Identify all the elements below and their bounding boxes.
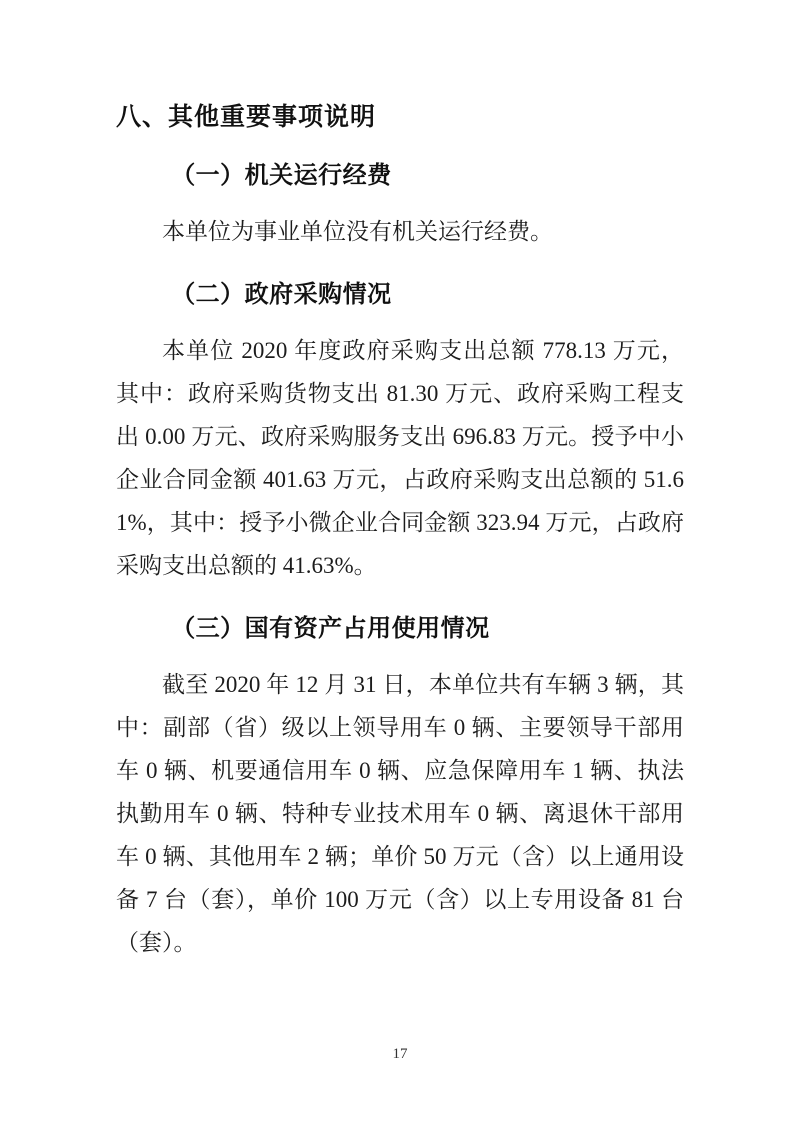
section-agency-operating-funds: （一）机关运行经费 本单位为事业单位没有机关运行经费。 (116, 158, 684, 253)
paragraph-state-owned-assets: 截至 2020 年 12 月 31 日，本单位共有车辆 3 辆，其中：副部（省）… (116, 663, 684, 964)
paragraph-government-procurement: 本单位 2020 年度政府采购支出总额 778.13 万元，其中：政府采购货物支… (116, 329, 684, 587)
page-number: 17 (0, 1044, 800, 1064)
document-page: 八、其他重要事项说明 （一）机关运行经费 本单位为事业单位没有机关运行经费。 （… (0, 0, 800, 1131)
section-title-government-procurement: （二）政府采购情况 (116, 277, 684, 313)
section-state-owned-assets: （三）国有资产占用使用情况 截至 2020 年 12 月 31 日，本单位共有车… (116, 611, 684, 964)
doc-heading: 八、其他重要事项说明 (116, 100, 684, 136)
section-title-agency-operating-funds: （一）机关运行经费 (116, 158, 684, 194)
section-government-procurement: （二）政府采购情况 本单位 2020 年度政府采购支出总额 778.13 万元，… (116, 277, 684, 587)
document-content: 八、其他重要事项说明 （一）机关运行经费 本单位为事业单位没有机关运行经费。 （… (116, 100, 684, 988)
section-title-state-owned-assets: （三）国有资产占用使用情况 (116, 611, 684, 647)
paragraph-agency-operating-funds: 本单位为事业单位没有机关运行经费。 (116, 210, 684, 253)
